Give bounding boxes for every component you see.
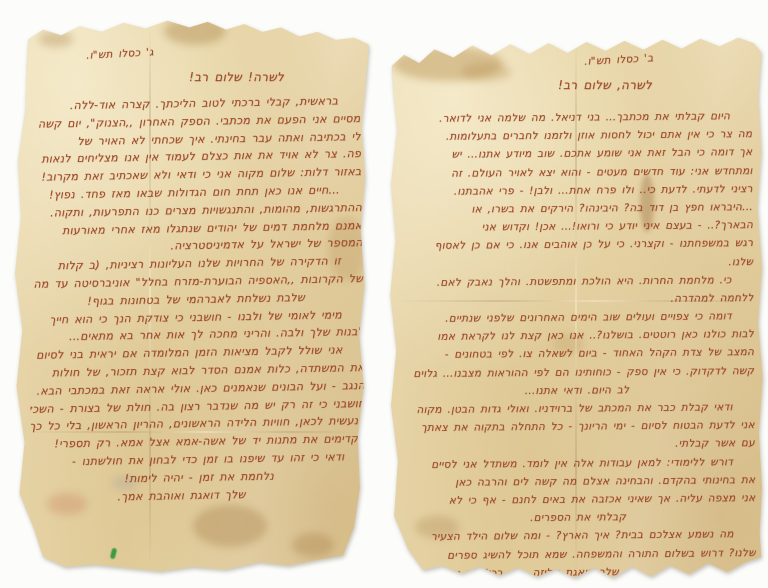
letter-greeting: לשרה, שלום רב!	[558, 78, 652, 92]
letter-page-right: ב' כסלו תש"ו. לשרה, שלום רב! היום קבלתי …	[385, 30, 765, 582]
letter-body: היום קבלתי את מכתבך... בני דניאל. מה שלמ…	[397, 107, 756, 583]
paper-stain	[292, 533, 334, 557]
scanned-letters: ג' כסלו תש"ו. לשרה! שלום רב! בראשית, קבל…	[0, 0, 768, 588]
paper-stain	[39, 31, 73, 47]
letter-date: ג' כסלו תש"ו.	[86, 46, 154, 62]
letter-line: אני מצפה עליה. אך שאיני אכזבה את באים לח…	[400, 489, 755, 510]
letter-body: בראשית, קבלי ברכתי לטוב הליכתך. קצרה אוד…	[25, 92, 367, 507]
letter-line: קשה לדקדוק. כי אין ספק - כוחותינו הם לפי…	[399, 362, 754, 383]
paper-stain	[193, 505, 267, 547]
letter-greeting: לשרה! שלום רב!	[189, 70, 284, 84]
paper-stain	[461, 63, 511, 81]
letter-line: בכלכלה אצל כולם?	[406, 564, 503, 583]
letter-page-left: ג' כסלו תש"ו. לשרה! שלום רב! בראשית, קבל…	[10, 14, 376, 578]
green-ink-mark	[109, 547, 117, 559]
letter-line: רגש במשפחתנו - וקצרני. כי על כן אוהבים א…	[398, 234, 753, 255]
letter-closing-row: שלך דואגת אליזה. בכלכלה אצל כולם?	[401, 562, 756, 583]
letter-line: מה נשמע אצלכם בבית? איך הארץ? - ומה שלום…	[401, 525, 756, 546]
paper-right-sheet: ב' כסלו תש"ו. לשרה, שלום רב! היום קבלתי …	[385, 30, 765, 582]
paper-left-sheet: ג' כסלו תש"ו. לשרה! שלום רב! בראשית, קבל…	[10, 14, 376, 578]
letter-signature: שלך דואגת אליזה.	[529, 563, 619, 582]
paper-stain	[164, 17, 226, 45]
letter-date: ב' כסלו תש"ו.	[583, 52, 653, 68]
